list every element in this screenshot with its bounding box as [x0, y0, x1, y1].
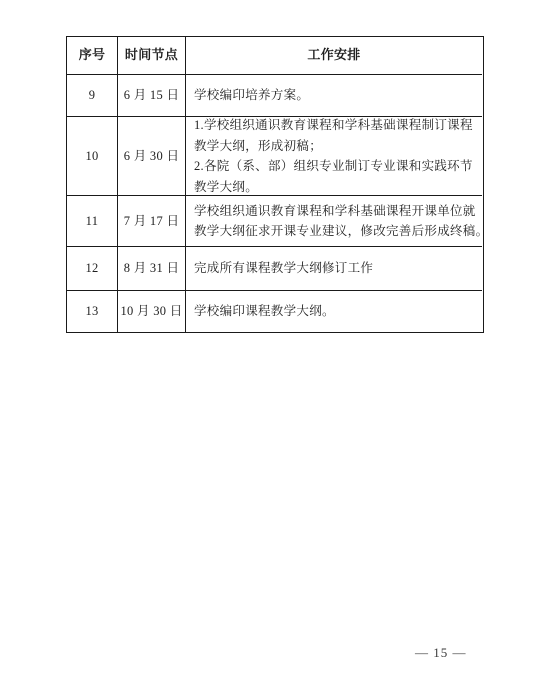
work-text-line: 教学大纲，形成初稿；: [194, 136, 322, 157]
row10-date-cell: 6 月 30 日: [118, 117, 186, 196]
work-text-line: 教学大纲。: [194, 177, 258, 197]
row9-serial-cell: 9: [67, 75, 118, 117]
row9-date-cell: 6 月 15 日: [118, 75, 186, 117]
row10-serial-cell: 10: [67, 117, 118, 196]
page-number: — 15 —: [415, 645, 467, 661]
work-text-line: 2.各院（系、部）组织专业制订专业课和实践环节: [194, 156, 473, 177]
row9-work-cell: 学校编印培养方案。: [186, 75, 482, 117]
row10-work-cell: 1.学校组织通识教育课程和学科基础课程制订课程 教学大纲，形成初稿； 2.各院（…: [186, 117, 482, 196]
row11-serial-cell: 11: [67, 196, 118, 247]
work-text-line: 教学大纲征求开课专业建议，修改完善后形成终稿。: [194, 221, 482, 242]
work-text-line: 学校编印课程教学大纲。: [194, 301, 335, 322]
row11-date-cell: 7 月 17 日: [118, 196, 186, 247]
row13-work-cell: 学校编印课程教学大纲。: [186, 291, 482, 332]
row13-date-cell: 10 月 30 日: [118, 291, 186, 332]
row12-work-cell: 完成所有课程教学大纲修订工作: [186, 247, 482, 291]
column-header-serial: 序号: [67, 37, 118, 75]
row11-work-cell: 学校组织通识教育课程和学科基础课程开课单位就 教学大纲征求开课专业建议，修改完善…: [186, 196, 482, 247]
work-text-line: 学校编印培养方案。: [194, 85, 309, 106]
document-page: 序号 时间节点 工作安排 9 6 月 15 日 学校编印培养方案。 10 6 月…: [0, 0, 546, 691]
row13-serial-cell: 13: [67, 291, 118, 332]
schedule-table: 序号 时间节点 工作安排 9 6 月 15 日 学校编印培养方案。 10 6 月…: [66, 36, 484, 333]
work-text-line: 学校组织通识教育课程和学科基础课程开课单位就: [194, 201, 476, 222]
column-header-time-node: 时间节点: [118, 37, 186, 75]
column-header-work-arrangement: 工作安排: [186, 37, 482, 75]
row12-serial-cell: 12: [67, 247, 118, 291]
work-text-line: 1.学校组织通识教育课程和学科基础课程制订课程: [194, 117, 473, 136]
work-text-line: 完成所有课程教学大纲修订工作: [194, 258, 373, 279]
row12-date-cell: 8 月 31 日: [118, 247, 186, 291]
